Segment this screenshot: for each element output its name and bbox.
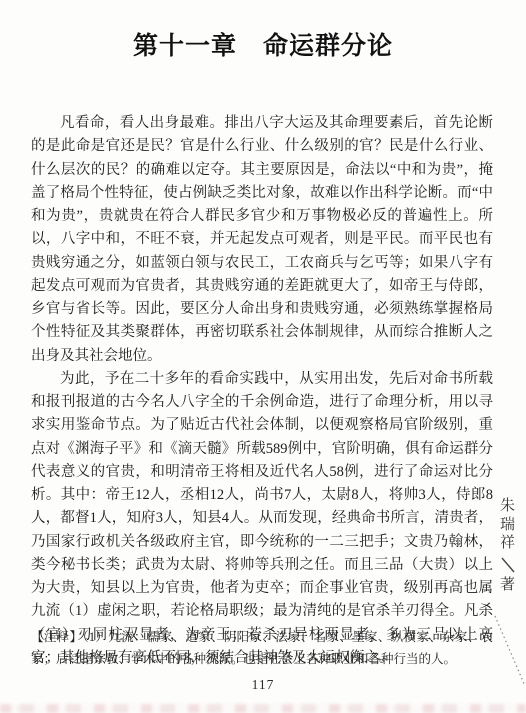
footnote: 【注释】（1）九流：儒家、道家、阴阳家、法家、名家、墨家、纵横家、杂家、农家；后… — [31, 627, 493, 670]
book-page: 第十一章 命运群分论 凡看命，看人出身最难。排出八字大运及其命理要素后，首先论断… — [0, 0, 526, 713]
margin-author-block: 朱瑞祥 著 — [499, 497, 516, 594]
author-name: 朱瑞祥 — [499, 497, 516, 553]
body-text: 凡看命，看人出身最难。排出八字大运及其命理要素后，首先论断的是此命是官还是民？官… — [31, 112, 493, 670]
paragraph-2: 为此，予在二十多年的看命实践中，从实用出发，先后对命书所载和报刊报道的古今名人八… — [31, 368, 493, 670]
page-bleed-through — [0, 704, 526, 713]
paragraph-1: 凡看命，看人出身最难。排出八字大运及其命理要素后，首先论断的是此命是官还是民？官… — [31, 112, 493, 368]
backslash-icon — [501, 556, 515, 574]
page-number: 117 — [0, 677, 526, 693]
author-suffix: 著 — [499, 576, 516, 595]
chapter-title: 第十一章 命运群分论 — [0, 26, 526, 62]
